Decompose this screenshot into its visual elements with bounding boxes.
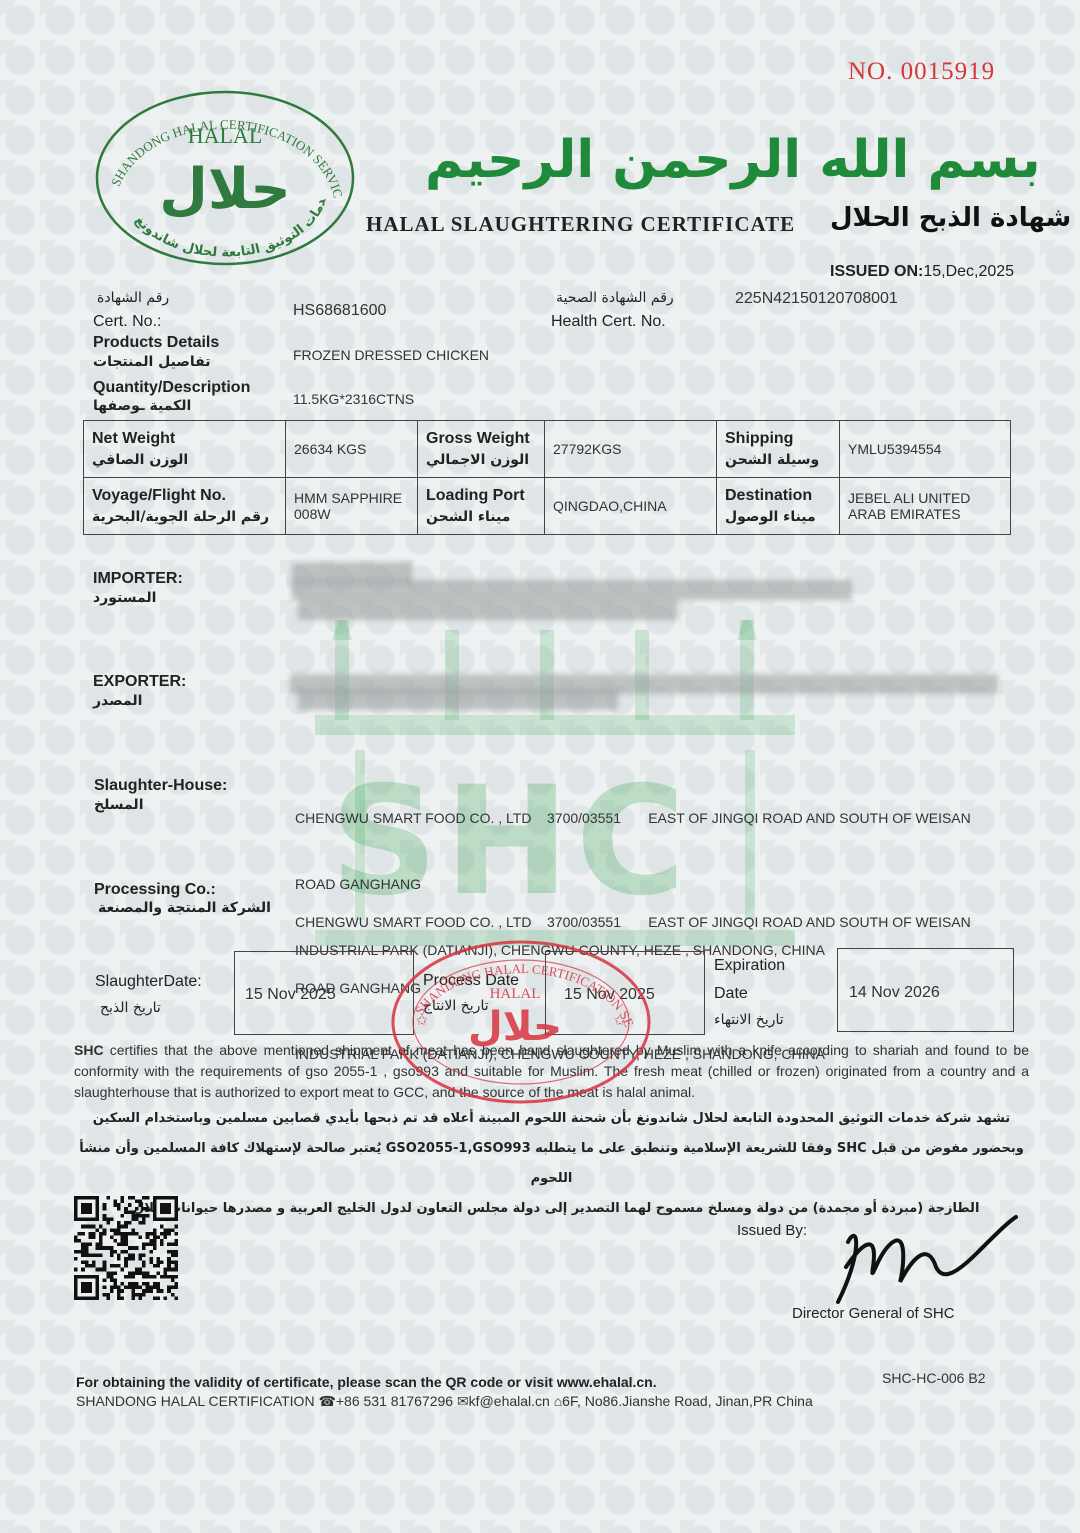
destination-label: Destinationميناء الوصول: [717, 478, 840, 535]
halal-logo-icon: SHANDONG HALAL CERTIFICATION SERVICE خدم…: [94, 88, 356, 268]
destination-value: JEBEL ALI UNITED ARAB EMIRATES: [840, 478, 1011, 535]
issued-label: ISSUED ON:: [830, 263, 923, 280]
health-cert-label-ar: رقم الشهادة الصحية: [556, 290, 674, 306]
expiration-date-value: 14 Nov 2026: [849, 984, 940, 1002]
importer-redacted: [292, 580, 852, 600]
slaughter-date-value: 15 Nov 2025: [245, 986, 336, 1004]
importer-label: IMPORTER:: [93, 570, 183, 588]
svg-text:✩: ✩: [416, 1012, 428, 1028]
shipping-value: YMLU5394554: [840, 421, 1011, 478]
loading-port-label: Loading Portميناء الشحن: [418, 478, 545, 535]
cert-no-value: HS68681600: [293, 302, 386, 320]
basmala-calligraphy: بسم الله الرحمن الرحيم: [425, 120, 970, 200]
slaughter-date-label: SlaughterDate:: [95, 973, 202, 991]
expiration-date-label-2: Date: [714, 985, 748, 1003]
cert-no-label: Cert. No.:: [93, 313, 161, 331]
signature-icon: [818, 1212, 1023, 1312]
voyage-value: HMM SAPPHIRE 008W: [286, 478, 418, 535]
shipping-label: Shippingوسيلة الشحن: [717, 421, 840, 478]
products-label: Products Details: [93, 334, 219, 352]
gross-weight-label: Gross Weightالوزن الاجمالي: [418, 421, 545, 478]
slaughter-date-label-ar: تاريخ الذبح: [100, 1000, 161, 1016]
form-code: SHC-HC-006 B2: [882, 1370, 985, 1386]
certificate-title: HALAL SLAUGHTERING CERTIFICATE: [366, 212, 795, 237]
validity-note: For obtaining the validity of certificat…: [76, 1374, 657, 1390]
signatory-title: Director General of SHC: [792, 1305, 955, 1322]
svg-text:HALAL: HALAL: [188, 123, 263, 148]
issued-date: ISSUED ON:15,Dec,2025: [830, 263, 1014, 281]
net-weight-label: Net Weightالوزن الصافي: [84, 421, 286, 478]
certificate-title-arabic: شهادة الذبح الحلال: [830, 203, 1071, 233]
quantity-label-ar: الكمية ـوصفها: [93, 398, 191, 414]
voyage-label: Voyage/Flight No.رقم الرحلة الجوية/البحر…: [84, 478, 286, 535]
issued-by-label: Issued By:: [737, 1222, 807, 1239]
svg-text:حلال: حلال: [159, 157, 290, 222]
processing-co-label: Processing Co.:: [94, 881, 216, 899]
loading-port-value: QINGDAO,CHINA: [545, 478, 717, 535]
cert-no-label-ar: رقم الشهادة: [97, 290, 169, 306]
exporter-label: EXPORTER:: [93, 673, 186, 691]
table-row: Net Weightالوزن الصافي 26634 KGS Gross W…: [84, 421, 1011, 478]
quantity-value: 11.5KG*2316CTNS: [293, 391, 414, 407]
slaughter-house-label: Slaughter-House:: [94, 777, 227, 795]
svg-text:حلال: حلال: [468, 1004, 562, 1050]
exporter-label-ar: المصدر: [93, 693, 142, 709]
importer-redacted: [298, 598, 678, 620]
certification-statement-arabic: تشهد شركة خدمات التوثيق المحدودة التابعة…: [74, 1104, 1029, 1224]
net-weight-value: 26634 KGS: [286, 421, 418, 478]
expiration-date-label: Expiration: [714, 957, 785, 975]
halal-stamp-icon: SHANDONG HALAL CERTIFICATION SERVICE HAL…: [390, 940, 652, 1105]
issued-value: 15,Dec,2025: [923, 263, 1014, 280]
quantity-label: Quantity/Description: [93, 379, 250, 397]
health-cert-value: 225N42150120708001: [735, 290, 898, 308]
products-value: FROZEN DRESSED CHICKEN: [293, 347, 489, 363]
qr-code-icon[interactable]: [74, 1196, 178, 1300]
contact-info: SHANDONG HALAL CERTIFICATION ☎+86 531 81…: [76, 1393, 813, 1410]
products-label-ar: تفاصيل المنتجات: [93, 354, 211, 370]
importer-label-ar: المستورد: [93, 590, 156, 606]
shipment-info-table: Net Weightالوزن الصافي 26634 KGS Gross W…: [83, 420, 1011, 535]
svg-text:HALAL: HALAL: [490, 986, 541, 1002]
certificate-number: NO. 0015919: [848, 58, 995, 86]
expiration-date-label-ar: تاريخ الانتهاء: [714, 1012, 784, 1028]
slaughter-house-label-ar: المسلخ: [94, 797, 144, 813]
gross-weight-value: 27792KGS: [545, 421, 717, 478]
table-row: Voyage/Flight No.رقم الرحلة الجوية/البحر…: [84, 478, 1011, 535]
processing-co-label-ar: الشركة المنتجة والمصنعة: [98, 900, 271, 916]
exporter-redacted: [298, 690, 618, 710]
svg-text:✩: ✩: [614, 1012, 626, 1028]
health-cert-label: Health Cert. No.: [551, 313, 666, 331]
